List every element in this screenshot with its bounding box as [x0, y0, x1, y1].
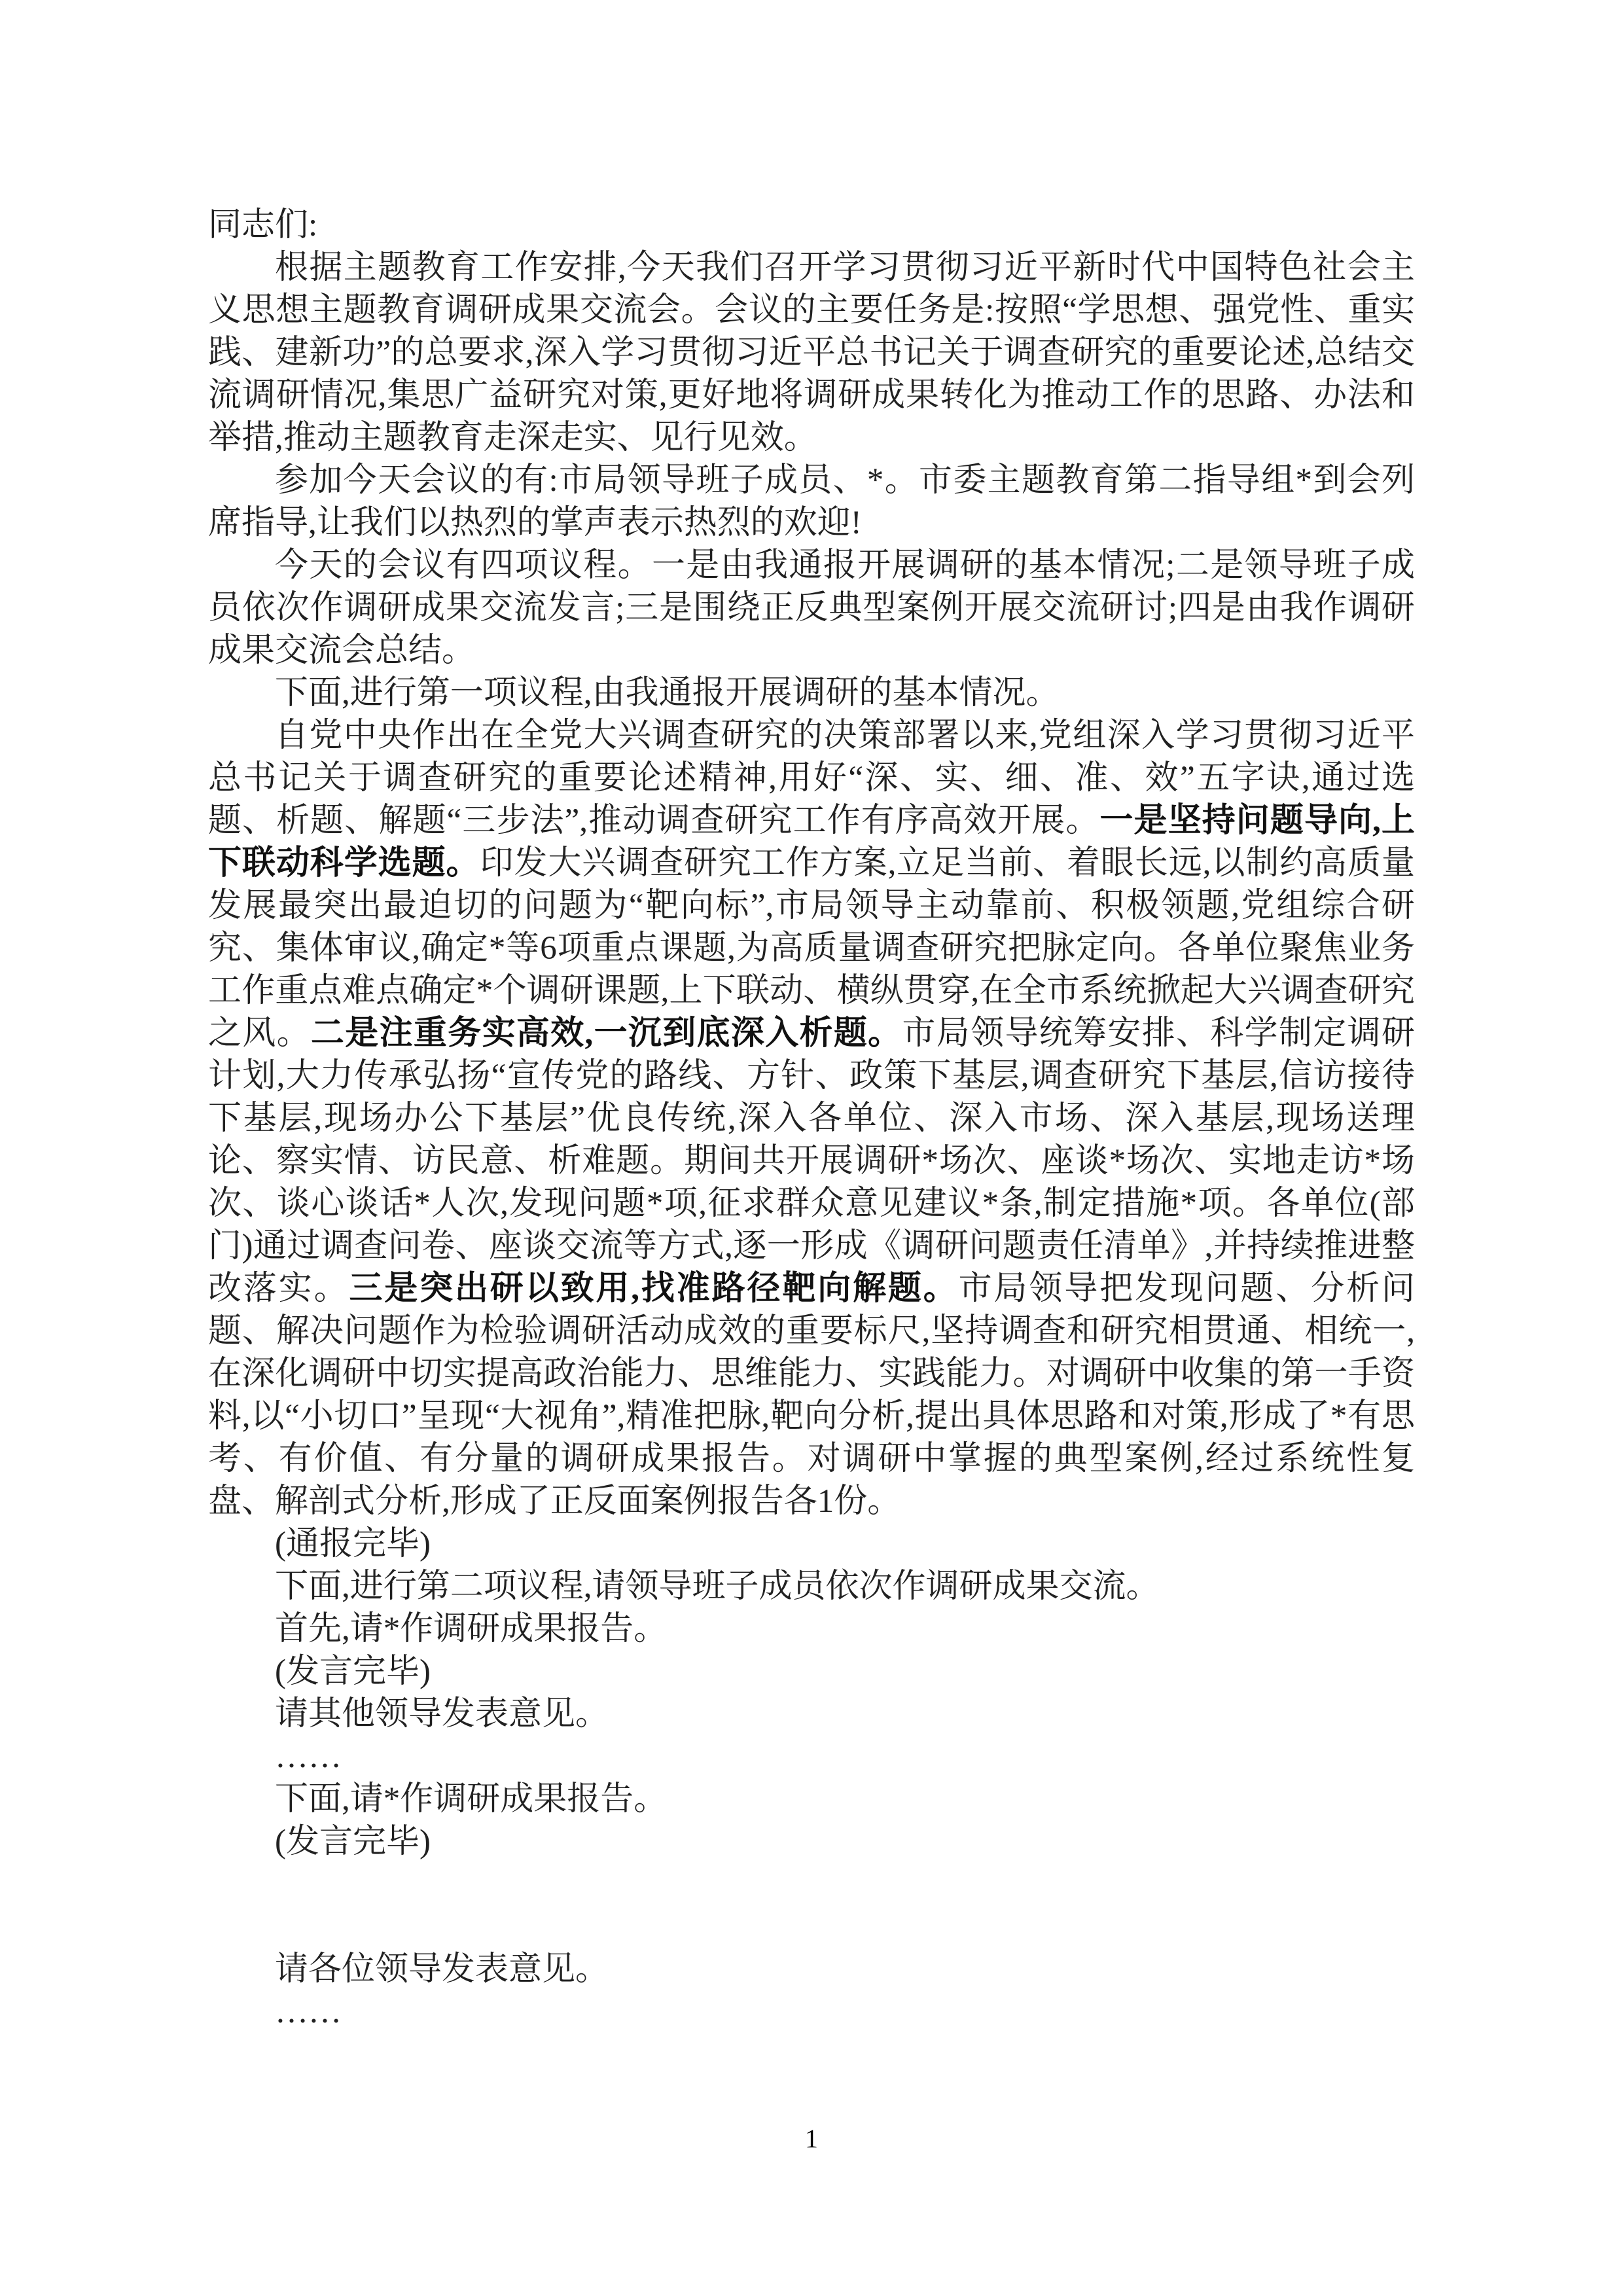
- paragraph-para-other-leaders: 请其他领导发表意见。: [208, 1693, 1415, 1736]
- text-run: 请各位领导发表意见。: [275, 1951, 609, 1988]
- text-run: (发言完毕): [275, 1823, 431, 1860]
- text-run: (通报完毕): [275, 1526, 431, 1562]
- text-run: 下面,进行第二项议程,请领导班子成员依次作调研成果交流。: [275, 1568, 1160, 1605]
- paragraph-para-ellipsis-2: ……: [208, 1991, 1415, 2034]
- paragraph-para-speech-done-2: (发言完毕): [208, 1821, 1415, 1863]
- paragraph-para-agenda: 今天的会议有四项议程。一是由我通报开展调研的基本情况;二是领导班子成员依次作调研…: [208, 545, 1415, 672]
- paragraph-para-all-leaders: 请各位领导发表意见。: [208, 1948, 1415, 1991]
- text-run: 同志们:: [208, 207, 317, 243]
- text-run: 根据主题教育工作安排,今天我们召开学习贯彻习近平新时代中国特色社会主义思想主题教…: [208, 249, 1415, 456]
- paragraph-para-ellipsis-1: ……: [208, 1736, 1415, 1778]
- text-run: 下面,进行第一项议程,由我通报开展调研的基本情况。: [275, 675, 1060, 711]
- paragraph-para-first-item: 下面,进行第一项议程,由我通报开展调研的基本情况。: [208, 672, 1415, 715]
- paragraph-para-opening: 根据主题教育工作安排,今天我们召开学习贯彻习近平新时代中国特色社会主义思想主题教…: [208, 247, 1415, 459]
- text-run: 市局领导统筹安排、科学制定调研计划,大力传承弘扬“宣传党的路线、方针、政策下基层…: [208, 1015, 1415, 1307]
- paragraph-para-blank-1: [208, 1863, 1415, 1906]
- paragraph-para-attendees: 参加今天会议的有:市局领导班子成员、*。市委主题教育第二指导组*到会列席指导,让…: [208, 459, 1415, 545]
- paragraph-para-speech-done-1: (发言完毕): [208, 1651, 1415, 1693]
- text-run: ……: [275, 1738, 342, 1775]
- text-run: 市局领导把发现问题、分析问题、解决问题作为检验调研活动成效的重要标尺,坚持调查和…: [208, 1270, 1415, 1520]
- paragraph-salutation: 同志们:: [208, 204, 1415, 247]
- text-run: 请其他领导发表意见。: [275, 1696, 609, 1732]
- text-run: 参加今天会议的有:市局领导班子成员、*。市委主题教育第二指导组*到会列席指导,让…: [208, 462, 1415, 541]
- paragraph-para-report-body: 自党中央作出在全党大兴调查研究的决策部署以来,党组深入学习贯彻习近平总书记关于调…: [208, 715, 1415, 1523]
- text-run: 今天的会议有四项议程。一是由我通报开展调研的基本情况;二是领导班子成员依次作调研…: [208, 547, 1415, 669]
- paragraph-para-second-item: 下面,进行第二项议程,请领导班子成员依次作调研成果交流。: [208, 1566, 1415, 1608]
- text-run: (发言完毕): [275, 1653, 431, 1690]
- text-run: 下面,请*作调研成果报告。: [275, 1781, 667, 1818]
- bold-run: 三是突出研以致用,找准路径靶向解题。: [349, 1270, 958, 1307]
- text-run: 首先,请*作调研成果报告。: [275, 1611, 667, 1647]
- bold-run: 二是注重务实高效,一沉到底深入析题。: [311, 1015, 902, 1052]
- document-body: 同志们:根据主题教育工作安排,今天我们召开学习贯彻习近平新时代中国特色社会主义思…: [208, 204, 1415, 2034]
- page-number: 1: [0, 2123, 1623, 2155]
- document-page: 同志们:根据主题教育工作安排,今天我们召开学习贯彻习近平新时代中国特色社会主义思…: [0, 0, 1623, 2296]
- text-run: ……: [275, 1994, 342, 2030]
- paragraph-para-next-speaker: 下面,请*作调研成果报告。: [208, 1778, 1415, 1821]
- paragraph-para-briefing-done: (通报完毕): [208, 1523, 1415, 1566]
- paragraph-para-first-speaker: 首先,请*作调研成果报告。: [208, 1608, 1415, 1651]
- paragraph-para-blank-2: [208, 1906, 1415, 1948]
